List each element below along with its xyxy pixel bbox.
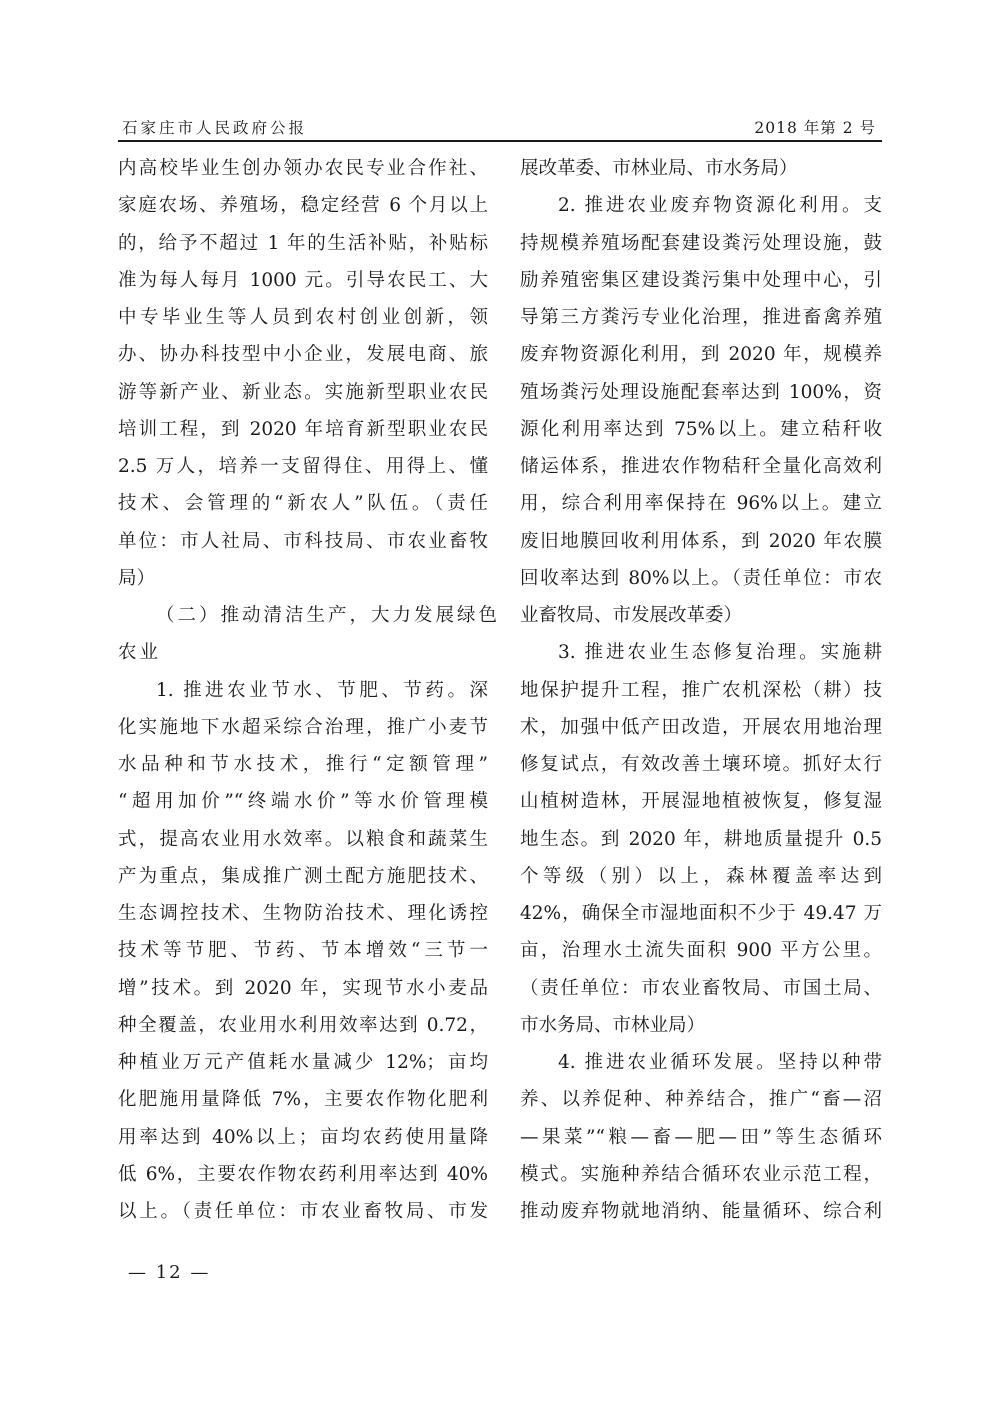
text-line: （责任单位：市农业畜牧局、市国土局、: [520, 974, 882, 1004]
page-number: — 12 —: [128, 1262, 210, 1283]
text-line: “超用加价”“终端水价”等水价管理模: [118, 787, 488, 817]
text-line: —果菜”“粮—畜—肥—田”等生态循环: [520, 1123, 882, 1153]
text-line: 生态调控技术、生物防治技术、理化诱控: [118, 899, 488, 929]
text-line: 展改革委、市林业局、市水务局）: [520, 154, 882, 184]
text-line: 中专毕业生等人员到农村创业创新，领: [118, 303, 488, 333]
text-line: 废弃物资源化利用，到 2020 年，规模养: [520, 340, 882, 370]
text-line: 培训工程，到 2020 年培育新型职业农民: [118, 415, 488, 445]
text-line: 种植业万元产值耗水量减少 12%；亩均: [118, 1048, 488, 1078]
text-line: 种全覆盖，农业用水利用效率达到 0.72，: [118, 1011, 488, 1041]
text-line: 个等级（别）以上，森林覆盖率达到: [520, 862, 882, 892]
section-heading-line: 农业: [118, 638, 488, 668]
text-line: 内高校毕业生创办领办农民专业合作社、: [118, 154, 488, 184]
text-line: 储运体系，推进农作物秸秆全量化高效利: [520, 452, 882, 482]
text-line: 1. 推进农业节水、节肥、节药。深: [118, 676, 488, 706]
text-line: 2. 推进农业废弃物资源化利用。支: [520, 191, 882, 221]
text-line: 4. 推进农业循环发展。坚持以种带: [520, 1048, 882, 1078]
text-line: 业畜牧局、市发展改革委）: [520, 601, 882, 631]
text-line: 殖场粪污处理设施配套率达到 100%，资: [520, 378, 882, 408]
text-line: 式，提高农业用水效率。以粮食和蔬菜生: [118, 825, 488, 855]
text-line: 地生态。到 2020 年，耕地质量提升 0.5: [520, 825, 882, 855]
text-line: 以上。（责任单位：市农业畜牧局、市发: [118, 1197, 488, 1227]
document-page: 石家庄市人民政府公报 2018 年第 2 号 内高校毕业生创办领办农民专业合作社…: [0, 0, 1000, 1414]
text-line: 办、协办科技型中小企业，发展电商、旅: [118, 340, 488, 370]
text-line: 用，综合利用率保持在 96%以上。建立: [520, 489, 882, 519]
running-header: 石家庄市人民政府公报 2018 年第 2 号: [118, 116, 882, 138]
text-line: 3. 推进农业生态修复治理。实施耕: [520, 638, 882, 668]
text-line: 推动废弃物就地消纳、能量循环、综合利: [520, 1197, 882, 1227]
text-line: 用率达到 40%以上；亩均农药使用量降: [118, 1123, 488, 1153]
text-line: 局）: [118, 564, 488, 594]
text-line: 的，给予不超过 1 年的生活补贴，补贴标: [118, 229, 488, 259]
text-line: 化实施地下水超采综合治理，推广小麦节: [118, 713, 488, 743]
text-line: 废旧地膜回收利用体系，到 2020 年农膜: [520, 527, 882, 557]
publication-title: 石家庄市人民政府公报: [122, 116, 307, 138]
text-line: 修复试点，有效改善土壤环境。抓好太行: [520, 750, 882, 780]
header-rule: [118, 140, 882, 142]
text-line: 产为重点，集成推广测土配方施肥技术、: [118, 862, 488, 892]
text-line: 持规模养殖场配套建设粪污处理设施，鼓: [520, 229, 882, 259]
text-line: 励养殖密集区建设粪污集中处理中心，引: [520, 266, 882, 296]
text-line: 回收率达到 80%以上。（责任单位：市农: [520, 564, 882, 594]
text-line: 化肥施用量降低 7%，主要农作物化肥利: [118, 1085, 488, 1115]
text-line: 市水务局、市林业局）: [520, 1011, 882, 1041]
text-line: 导第三方粪污专业化治理，推进畜禽养殖: [520, 303, 882, 333]
text-line: 家庭农场、养殖场，稳定经营 6 个月以上: [118, 191, 488, 221]
text-line: 亩，治理水土流失面积 900 平方公里。: [520, 936, 882, 966]
text-line: 养、以养促种、种养结合，推广“畜—沼: [520, 1085, 882, 1115]
text-line: 源化利用率达到 75%以上。建立秸秆收: [520, 415, 882, 445]
text-line: 水品种和节水技术，推行“定额管理”: [118, 750, 488, 780]
issue-number: 2018 年第 2 号: [754, 116, 876, 138]
text-line: 42%，确保全市湿地面积不少于 49.47 万: [520, 899, 882, 929]
section-heading-line: （二）推动清洁生产，大力发展绿色: [118, 601, 488, 631]
text-line: 增”技术。到 2020 年，实现节水小麦品: [118, 974, 488, 1004]
text-line: 术，加强中低产田改造，开展农用地治理: [520, 713, 882, 743]
text-line: 技术等节肥、节药、节本增效“三节一: [118, 936, 488, 966]
text-line: 2.5 万人，培养一支留得住、用得上、懂: [118, 452, 488, 482]
text-line: 单位：市人社局、市科技局、市农业畜牧: [118, 527, 488, 557]
text-line: 地保护提升工程，推广农机深松（耕）技: [520, 676, 882, 706]
text-line: 低 6%，主要农作物农药利用率达到 40%: [118, 1160, 488, 1190]
text-line: 技术、会管理的“新农人”队伍。（责任: [118, 489, 488, 519]
text-line: 模式。实施种养结合循环农业示范工程，: [520, 1160, 882, 1190]
text-line: 山植树造林，开展湿地植被恢复，修复湿: [520, 787, 882, 817]
text-line: 游等新产业、新业态。实施新型职业农民: [118, 378, 488, 408]
text-line: 准为每人每月 1000 元。引导农民工、大: [118, 266, 488, 296]
